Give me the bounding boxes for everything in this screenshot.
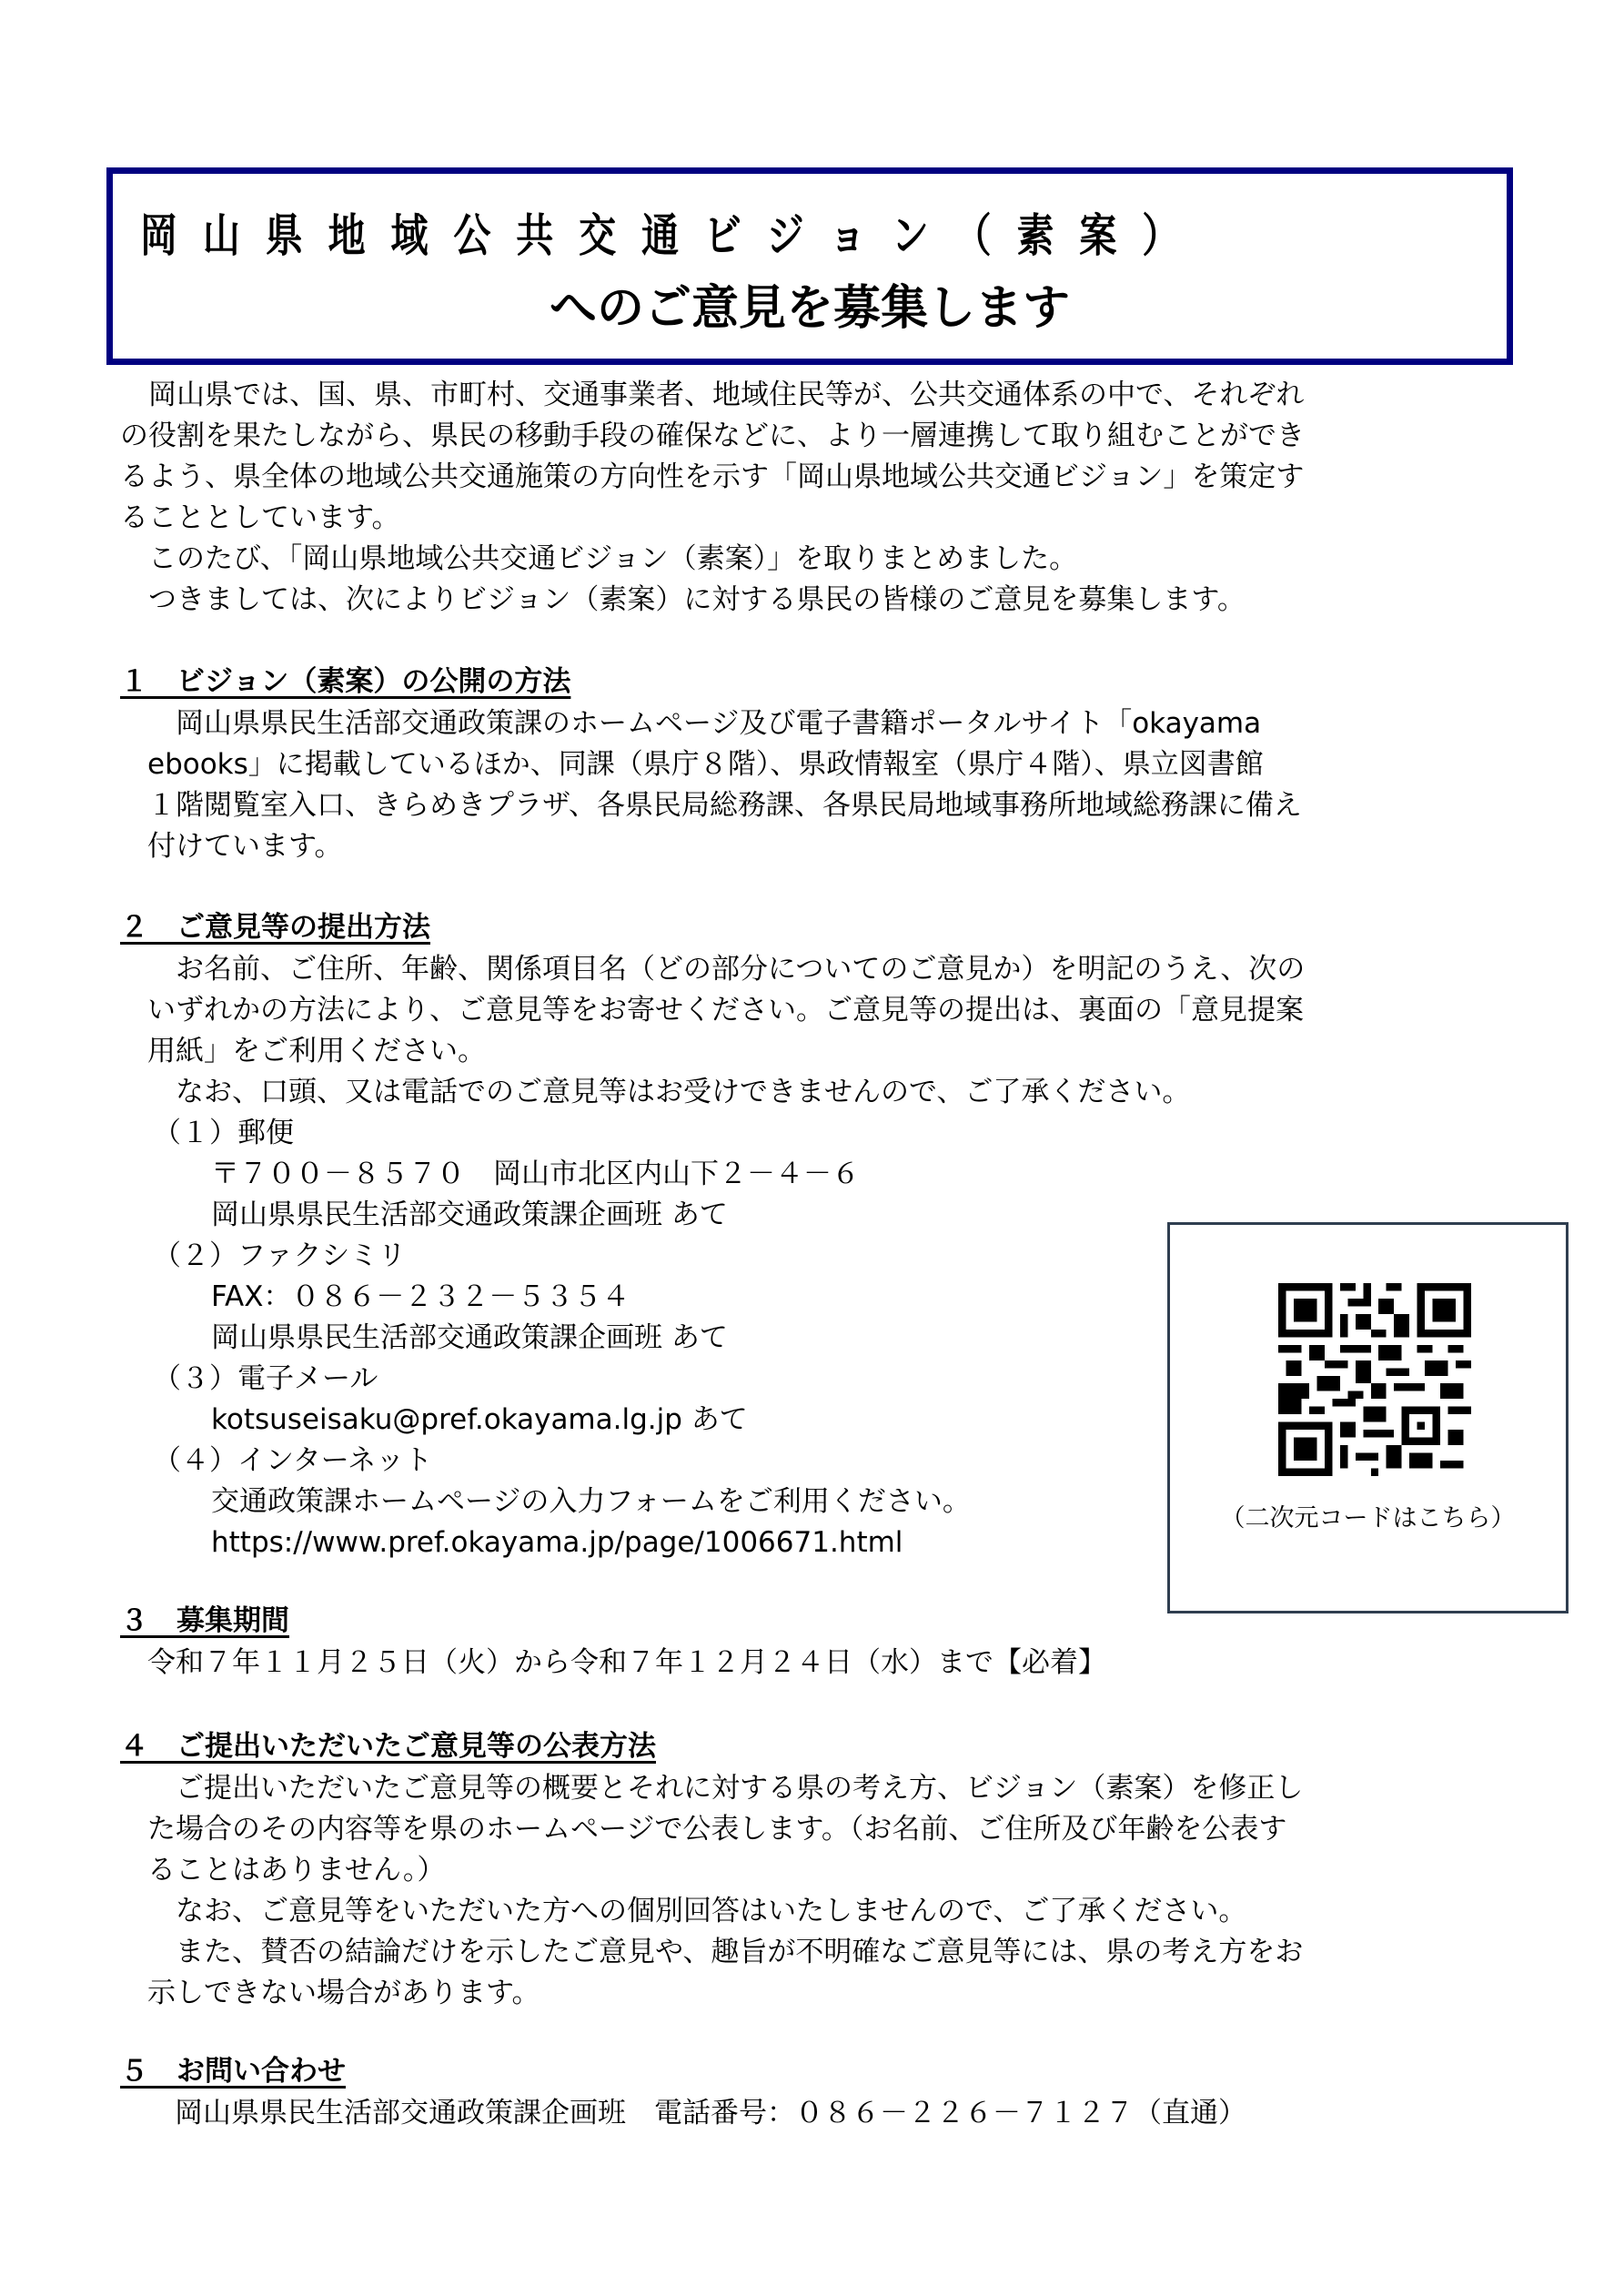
body-line: ご提出いただいたご意見等の概要とそれに対する県の考え方、ビジョン（素案）を修正し [147,1768,1521,1809]
body-line: いずれかの方法により、ご意見等をお寄せください。ご意見等の提出は、裏面の「意見提… [147,990,1521,1031]
postal-address: 〒７００－８５７０ 岡山市北区内山下２－４－６ [153,1154,1527,1195]
section-3-body: 令和７年１１月２５日（火）から令和７年１２月２４日（水）まで【必着】 [147,1643,1521,1684]
body-line: お名前、ご住所、年齢、関係項目名（どの部分についてのご意見か）を明記のうえ、次の [147,949,1521,990]
intro-paragraph: 岡山県では、国、県、市町村、交通事業者、地域住民等が、公共交通体系の中で、それぞ… [120,375,1521,621]
intro-line: このたび、「岡山県地域公共交通ビジョン（素案）」を取りまとめました。 [120,539,1521,580]
intro-line: ることとしています。 [120,498,1521,539]
body-line: ることはありません。） [147,1850,1521,1891]
body-line: 用紙」をご利用ください。 [147,1031,1521,1072]
title-box: 岡山県地域公共交通ビジョン（素案） へのご意見を募集します [106,167,1513,365]
section-2-body: お名前、ご住所、年齢、関係項目名（どの部分についてのご意見か）を明記のうえ、次の… [147,949,1521,1113]
body-line: 示しできない場合があります。 [147,1973,1521,2014]
intro-line: つきましては、次によりビジョン（素案）に対する県民の皆様のご意見を募集します。 [120,580,1521,621]
qr-caption: （二次元コードはこちら） [1170,1498,1566,1533]
body-line: 付けています。 [147,826,1521,867]
body-line: ebooks」に掲載しているほか、同課（県庁８階）、県政情報室（県庁４階）、県立… [147,744,1521,785]
section-4-heading: ４ ご提出いただいたご意見等の公表方法 [120,1727,656,1765]
section-5-body: 岡山県県民生活部交通政策課企画班 電話番号：０８６－２２６－７１２７（直通） [175,2093,1548,2134]
period-text: 令和７年１１月２５日（火）から令和７年１２月２４日（水）まで【必着】 [147,1643,1521,1684]
contact-info: 岡山県県民生活部交通政策課企画班 電話番号：０８６－２２６－７１２７（直通） [175,2093,1548,2134]
section-5-heading: ５ お問い合わせ [120,2052,346,2090]
qr-code-icon[interactable] [1270,1283,1479,1476]
body-line: 岡山県県民生活部交通政策課のホームページ及び電子書籍ポータルサイト「okayam… [147,703,1521,744]
section-3-heading: ３ 募集期間 [120,1602,289,1640]
page-title-line1: 岡山県地域公共交通ビジョン（素案） [140,208,1238,263]
body-line: た場合のその内容等を県のホームページで公表します。（お名前、ご住所及び年齢を公表… [147,1809,1521,1850]
intro-line: の役割を果たしながら、県民の移動手段の確保などに、より一層連携して取り組むことが… [120,416,1521,457]
qr-code-box: （二次元コードはこちら） [1167,1222,1569,1613]
body-line: なお、口頭、又は電話でのご意見等はお受けできませんので、ご了承ください。 [147,1072,1521,1113]
body-line: なお、ご意見等をいただいた方への個別回答はいたしませんので、ご了承ください。 [147,1891,1521,1932]
body-line: １階閲覧室入口、きらめきプラザ、各県民局総務課、各県民局地域事務所地域総務課に備… [147,785,1521,826]
method-label-mail: （１）郵便 [153,1113,1527,1154]
page-title-line2: へのご意見を募集します [113,281,1507,336]
intro-line: るよう、県全体の地域公共交通施策の方向性を示す「岡山県地域公共交通ビジョン」を策… [120,457,1521,498]
section-1-heading: １ ビジョン（素案）の公開の方法 [120,663,570,701]
section-2-heading: ２ ご意見等の提出方法 [120,908,430,946]
section-1-body: 岡山県県民生活部交通政策課のホームページ及び電子書籍ポータルサイト「okayam… [147,703,1521,867]
section-4-body: ご提出いただいたご意見等の概要とそれに対する県の考え方、ビジョン（素案）を修正し… [147,1768,1521,2014]
intro-line: 岡山県では、国、県、市町村、交通事業者、地域住民等が、公共交通体系の中で、それぞ… [120,375,1521,416]
body-line: また、賛否の結論だけを示したご意見や、趣旨が不明確なご意見等には、県の考え方をお [147,1932,1521,1973]
